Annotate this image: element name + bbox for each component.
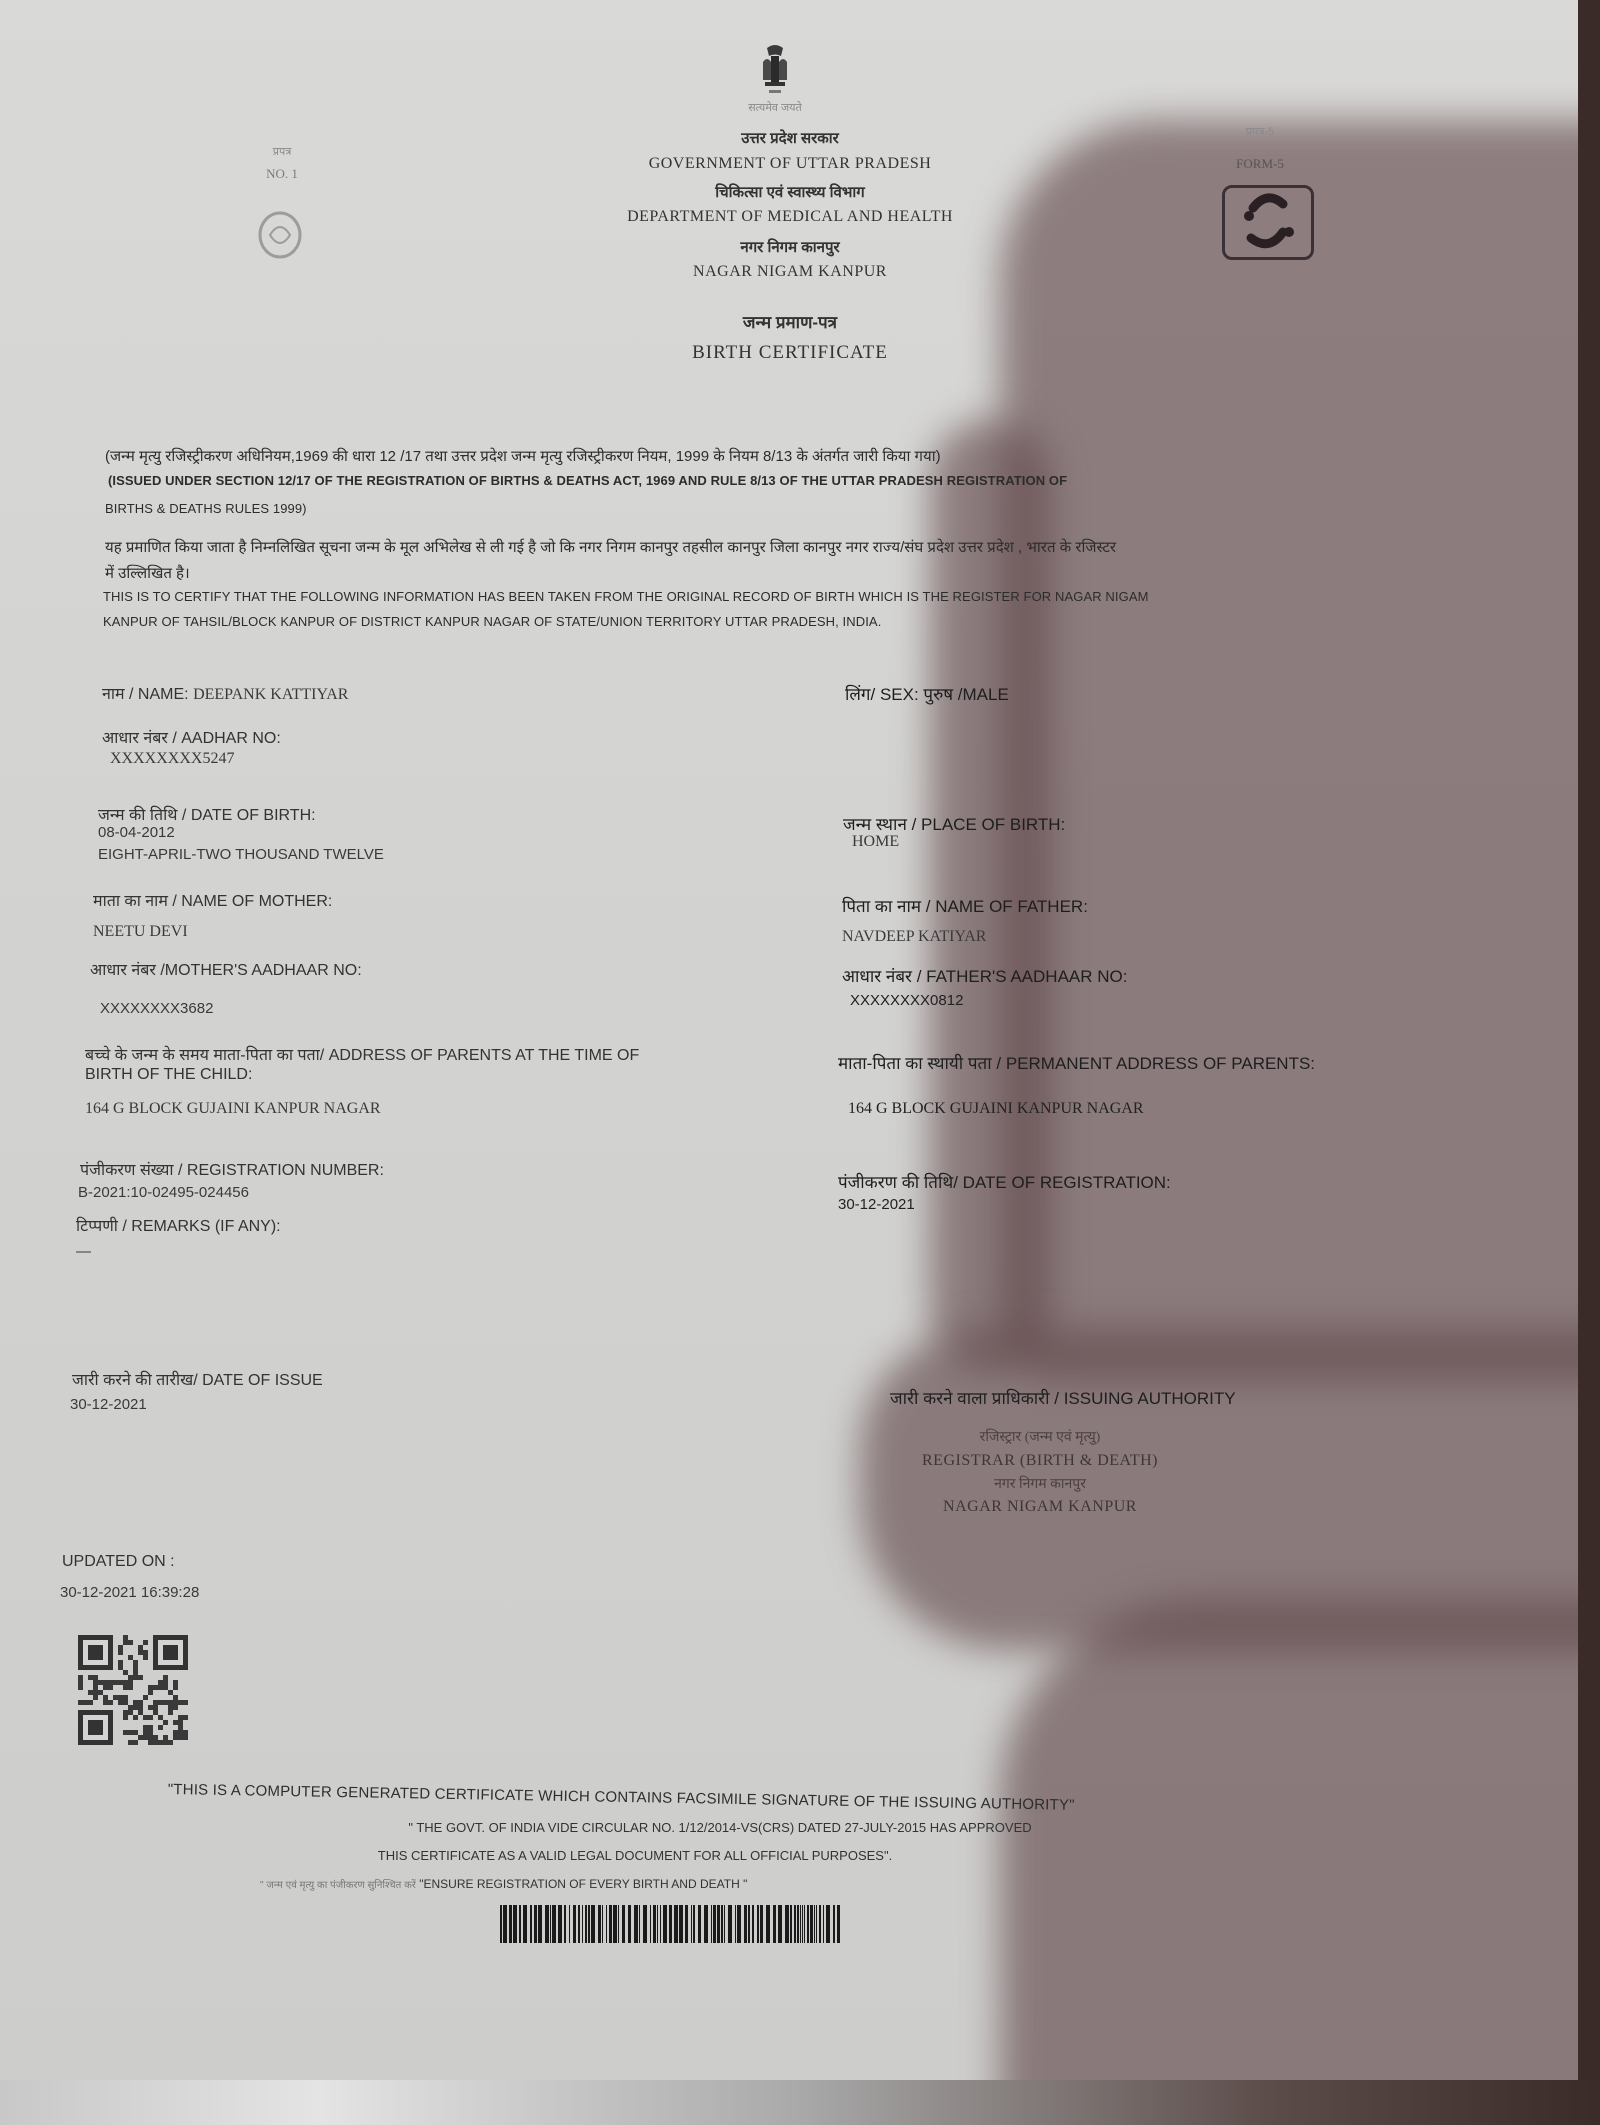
permanent-address-label: माता-पिता का स्थायी पता / PERMANENT ADDR… — [838, 1051, 1315, 1074]
org-name-hindi: नगर निगम कानपुर — [740, 237, 839, 257]
issued-under-hindi: (जन्म मृत्यु रजिस्ट्रीकरण अधिनियम,1969 क… — [105, 446, 941, 466]
issued-under-line2: BIRTHS & DEATHS RULES 1999) — [105, 501, 307, 516]
remarks-value: — — [76, 1243, 91, 1260]
dob-label: जन्म की तिथि / DATE OF BIRTH: — [98, 803, 316, 825]
place-of-birth-value: HOME — [852, 833, 899, 851]
qr-code-icon[interactable] — [78, 1635, 188, 1750]
birth-certificate-paper: सत्यमेव जयते प्रपत्र NO. 1 प्रपत्र-5 FOR… — [0, 0, 1578, 2080]
certificate-title: BIRTH CERTIFICATE — [692, 342, 888, 364]
registration-number-value: B-2021:10-02495-024456 — [78, 1184, 249, 1201]
father-name-value: NAVDEEP KATIYAR — [842, 928, 986, 946]
footer-computer-generated-note: "THIS IS A COMPUTER GENERATED CERTIFICAT… — [168, 1781, 1075, 1814]
registrar-title: REGISTRAR (BIRTH & DEATH) — [922, 1452, 1158, 1470]
aadhar-value: XXXXXXXX5247 — [110, 750, 234, 768]
gov-name: GOVERNMENT OF UTTAR PRADESH — [649, 155, 932, 173]
father-aadhaar-value: XXXXXXXX0812 — [850, 992, 963, 1009]
right-form-number: FORM-5 — [1236, 156, 1284, 172]
name-label: नाम / NAME: — [102, 686, 189, 703]
name-field: नाम / NAME: DEEPANK KATTIYAR — [102, 682, 348, 704]
emblem-caption: सत्यमेव जयते — [748, 100, 802, 115]
address-at-birth-label-line1: बच्चे के जन्म के समय माता-पिता का पता/ A… — [85, 1043, 639, 1065]
background-surface — [0, 2080, 1600, 2125]
place-of-birth-label: जन्म स्थान / PLACE OF BIRTH: — [843, 812, 1065, 835]
mother-name-label: माता का नाम / NAME OF MOTHER: — [93, 889, 332, 911]
gov-name-hindi: उत्तर प्रदेश सरकार — [741, 128, 839, 148]
left-form-label-hi: प्रपत्र — [273, 144, 292, 159]
up-state-seal-icon — [255, 205, 305, 260]
certify-hindi-line2: में उल्लिखित है। — [105, 563, 190, 583]
footer-circular-line1: " THE GOVT. OF INDIA VIDE CIRCULAR NO. 1… — [408, 1820, 1031, 1835]
dob-words: EIGHT-APRIL-TWO THOUSAND TWELVE — [98, 846, 384, 863]
sex-field: लिंग/ SEX: पुरुष /MALE — [845, 682, 1009, 705]
father-name-label: पिता का नाम / NAME OF FATHER: — [842, 894, 1088, 917]
shadow-overlay — [1000, 1600, 1578, 2080]
footer-circular-line2: THIS CERTIFICATE AS A VALID LEGAL DOCUME… — [378, 1848, 892, 1863]
remarks-label: टिप्पणी / REMARKS (IF ANY): — [76, 1214, 281, 1236]
registration-date-label: पंजीकरण की तिथि/ DATE OF REGISTRATION: — [838, 1170, 1171, 1193]
certificate-title-hindi: जन्म प्रमाण-पत्र — [743, 310, 837, 333]
sex-label: लिंग/ SEX: — [845, 685, 919, 704]
address-at-birth-label-line2: BIRTH OF THE CHILD: — [85, 1066, 252, 1084]
shadow-overlay — [860, 1330, 1578, 1650]
registration-date-value: 30-12-2021 — [838, 1196, 915, 1213]
date-of-issue-label: जारी करने की तारीख/ DATE OF ISSUE — [72, 1368, 323, 1390]
certify-hindi-line1: यह प्रमाणित किया जाता है निम्नलिखित सूचन… — [105, 537, 1116, 557]
name-value: DEEPANK KATTIYAR — [193, 686, 348, 703]
org-name: NAGAR NIGAM KANPUR — [693, 263, 887, 281]
registration-number-label: पंजीकरण संख्या / REGISTRATION NUMBER: — [80, 1158, 384, 1180]
dob-value: 08-04-2012 — [98, 824, 175, 841]
registrar-org: NAGAR NIGAM KANPUR — [943, 1498, 1137, 1516]
issued-under-line1: (ISSUED UNDER SECTION 12/17 OF THE REGIS… — [108, 473, 1067, 488]
sex-value: पुरुष /MALE — [923, 685, 1008, 704]
mother-name-value: NEETU DEVI — [93, 923, 188, 941]
aadhar-label: आधार नंबर / AADHAR NO: — [102, 726, 281, 748]
registrar-org-hindi: नगर निगम कानपुर — [994, 1474, 1086, 1493]
left-form-number: NO. 1 — [266, 166, 298, 182]
footer-ensure-registration: " जन्म एवं मृत्यु का पंजीकरण सुनिश्चित क… — [260, 1877, 747, 1891]
father-aadhaar-label: आधार नंबर / FATHER'S AADHAAR NO: — [842, 964, 1127, 987]
footer-ensure-hindi: " जन्म एवं मृत्यु का पंजीकरण सुनिश्चित क… — [260, 1880, 416, 1891]
barcode-icon — [500, 1905, 845, 1943]
mother-aadhaar-value: XXXXXXXX3682 — [100, 1000, 213, 1017]
crs-logo-icon — [1222, 185, 1314, 260]
certify-line1: THIS IS TO CERTIFY THAT THE FOLLOWING IN… — [103, 589, 1149, 604]
updated-on-value: 30-12-2021 16:39:28 — [60, 1584, 199, 1601]
permanent-address-value: 164 G BLOCK GUJAINI KANPUR NAGAR — [848, 1100, 1144, 1118]
mother-aadhaar-label: आधार नंबर /MOTHER'S AADHAAR NO: — [90, 958, 362, 980]
date-of-issue-value: 30-12-2021 — [70, 1396, 147, 1413]
certify-line2: KANPUR OF TAHSIL/BLOCK KANPUR OF DISTRIC… — [103, 614, 881, 629]
dept-name: DEPARTMENT OF MEDICAL AND HEALTH — [627, 208, 953, 226]
registrar-title-hindi: रजिस्ट्रार (जन्म एवं मृत्यु) — [980, 1427, 1101, 1446]
footer-ensure-english: "ENSURE REGISTRATION OF EVERY BIRTH AND … — [419, 1877, 747, 1891]
right-form-label-hi: प्रपत्र-5 — [1246, 124, 1274, 139]
address-at-birth-value: 164 G BLOCK GUJAINI KANPUR NAGAR — [85, 1100, 381, 1118]
issuing-authority-label: जारी करने वाला प्राधिकारी / ISSUING AUTH… — [890, 1386, 1236, 1409]
dept-name-hindi: चिकित्सा एवं स्वास्थ्य विभाग — [715, 182, 864, 202]
updated-on-label: UPDATED ON : — [62, 1553, 175, 1571]
